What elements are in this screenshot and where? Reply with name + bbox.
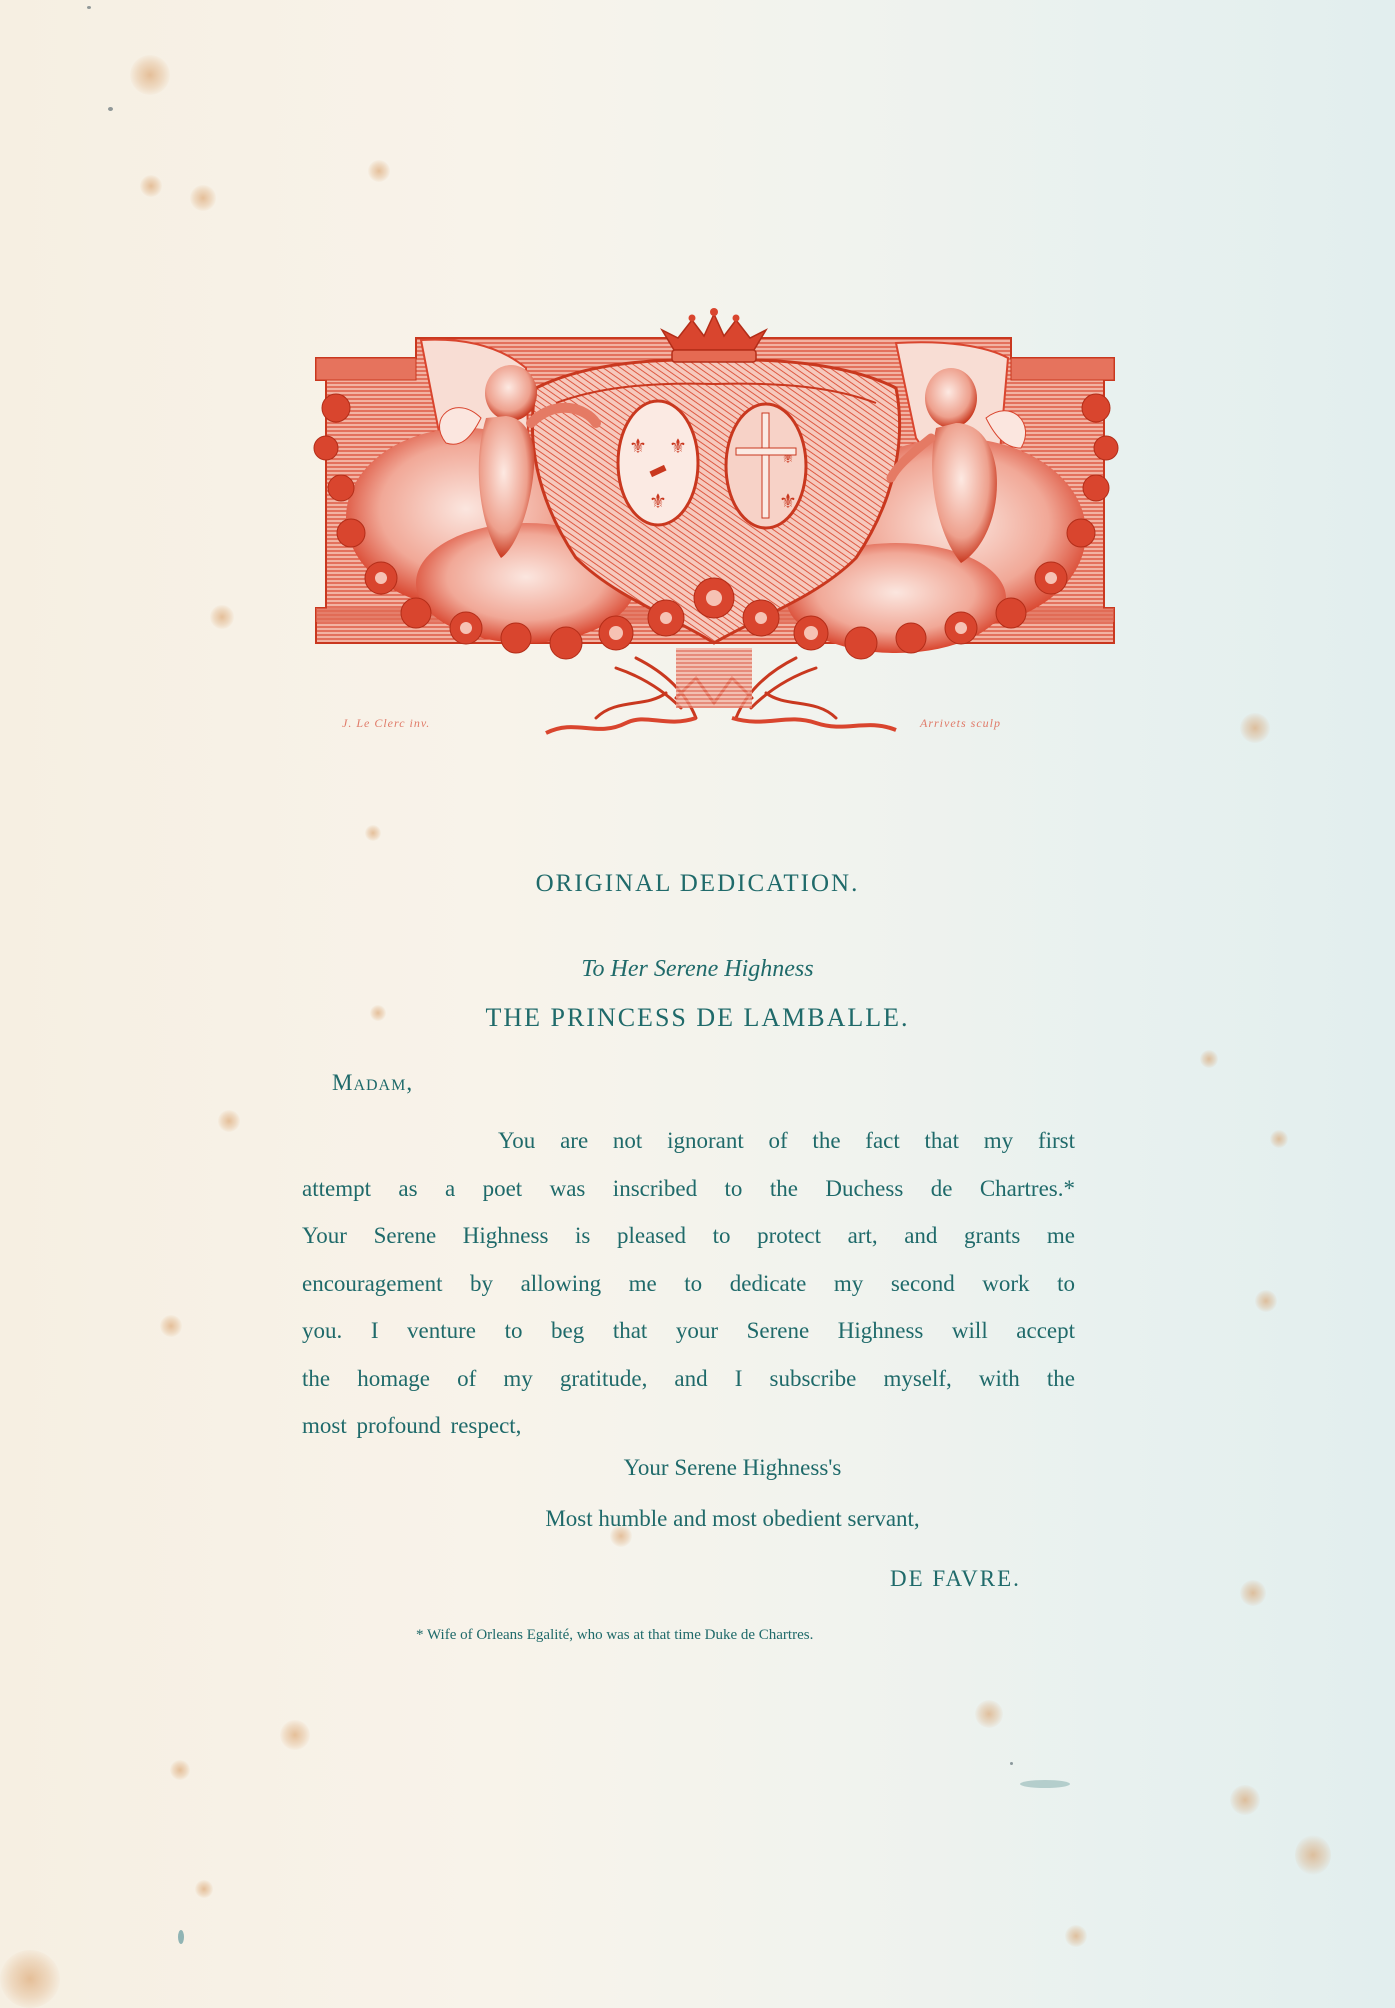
engraved-vignette: ⚜ ⚜ ⚜ ⚜ ⚜ — [296, 298, 1132, 748]
body-line: You are not ignorant of the fact that my… — [302, 1117, 1075, 1165]
recipient-name: THE PRINCESS DE LAMBALLE. — [0, 1003, 1395, 1033]
body-line: most profound respect, — [302, 1402, 1075, 1450]
dedication-body: You are not ignorant of the fact that my… — [302, 1117, 1075, 1450]
footnote: * Wife of Orleans Egalité, who was at th… — [416, 1627, 813, 1644]
body-line: Your Serene Highness is pleased to prote… — [302, 1212, 1075, 1260]
address-line: To Her Serene Highness — [0, 956, 1395, 983]
salutation: Madam, — [332, 1070, 413, 1096]
closing-line-2: Most humble and most obedient servant, — [0, 1506, 1395, 1532]
engraving-credit-engraver: Arrivets sculp — [920, 716, 1001, 731]
svg-text:⚜: ⚜ — [649, 489, 667, 513]
coat-of-arms-engraving-icon: ⚜ ⚜ ⚜ ⚜ ⚜ — [296, 298, 1132, 748]
svg-text:⚜: ⚜ — [629, 434, 647, 458]
svg-text:⚜: ⚜ — [779, 489, 797, 513]
signature: DE FAVRE. — [890, 1566, 1021, 1592]
body-line: attempt as a poet was inscribed to the D… — [302, 1165, 1075, 1213]
page-title: ORIGINAL DEDICATION. — [0, 870, 1395, 898]
closing-line-1: Your Serene Highness's — [0, 1455, 1395, 1481]
engraving-credit-designer: J. Le Clerc inv. — [342, 716, 430, 731]
body-line: encouragement by allowing me to dedicate… — [302, 1260, 1075, 1308]
body-line: the homage of my gratitude, and I subscr… — [302, 1355, 1075, 1403]
svg-text:⚜: ⚜ — [669, 434, 687, 458]
body-line: you. I venture to beg that your Serene H… — [302, 1307, 1075, 1355]
